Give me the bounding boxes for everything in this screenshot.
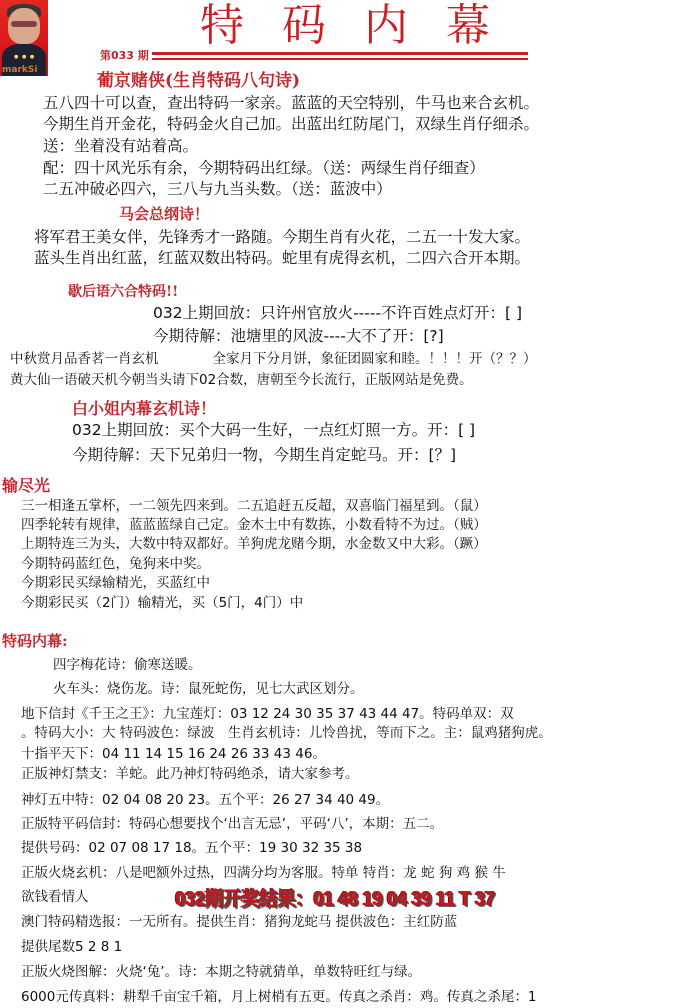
title-rule-bottom (152, 58, 528, 60)
text-line: 正版神灯禁支：羊蛇。此乃神灯特码绝杀，请大家参考。 (21, 765, 359, 784)
text-line: 上期特连三为头，大数中特双都好。羊狗虎龙赌今期，水金数又中大彩。（蹶） (21, 535, 487, 554)
text-line: 蓝头生肖出红蓝，红蓝双数出特码。蛇里有虎得玄机，二四六合开本期。 (34, 248, 530, 269)
issue-number: 第033 期 (100, 47, 149, 63)
draw-result-banner: 032期开奖结果：01 48 19 04 39 11 T 37 (175, 882, 495, 911)
text-line: 火车头：烧伤龙。诗：鼠死蛇伤，见七大武区划分。 (53, 680, 364, 699)
text-line: 正版火烧玄机：八是吧额外过热，四满分均为客服。特单 特肖：龙 蛇 狗 鸡 猴 牛 (21, 864, 506, 883)
text-line: 今期特码蓝红色，兔狗来中奖。 (21, 555, 210, 574)
text-line: 中秋赏月品香茗一肖玄机 全家月下分月饼，象征团圆家和睦。！！！开（？？） (10, 350, 537, 369)
section-title-inside-info: 特码内幕: (2, 630, 68, 651)
text-line: 地下信封《千王之王》：九宝莲灯：03 12 24 30 35 37 43 44 … (21, 705, 514, 724)
text-line: 送：坐着没有站着高。 (43, 136, 198, 157)
section-title-poem: 葡京赌侠(生肖特码八句诗) (97, 66, 300, 91)
text-line: 二五冲破必四六，三八与九当头数。（送：蓝波中） (43, 179, 392, 200)
text-line: 正版火烧图解：火烧‘兔’。诗：本期之特就猜单，单数特旺红与绿。 (21, 963, 421, 982)
title-rule-top (152, 52, 528, 55)
avatar-badges: ● ● ● (14, 54, 35, 60)
text-line: 今期彩民买（2门）输精光，买（5门，4门）中 (21, 594, 303, 613)
text-line: 032上期回放：只许州官放火-----不许百姓点灯开：[ ] (153, 303, 522, 324)
text-line: 三一相逢五掌杯，一二领先四来到。二五追赶五反超，双喜临门福星到。（鼠） (21, 497, 487, 516)
text-line: 澳门特码精选报：一无所有。提供生肖：猪狗龙蛇马 提供波色：主红防蓝 (21, 913, 457, 932)
section-title-lose-all: 输尽光 (2, 473, 50, 496)
avatar-watermark: markSi (2, 65, 37, 75)
text-line: 欲钱看情人 (21, 888, 89, 907)
text-line: 神灯五中特：02 04 08 20 23。五个平：26 27 34 40 49。 (21, 791, 389, 810)
text-line: 正版特平码信封：特码心想要找个‘出言无忌’，平码‘八’，本期：五二。 (21, 815, 443, 834)
text-line: 今期生肖开金花，特码金火自己加。出蓝出红防尾门，双绿生肖仔细杀。 (43, 114, 539, 135)
text-line: 今期待解：天下兄弟归一物，今期生肖定蛇马。开：[？] (72, 445, 456, 466)
section-title-riddle: 歇后语六合特码!! (68, 281, 178, 301)
text-line: 提供尾数5 2 8 1 (21, 938, 122, 957)
text-line: 五八四十可以查，查出特码一家亲。蓝蓝的天空特别，牛马也来合玄机。 (43, 93, 539, 114)
text-line: 配：四十风光乐有余，今期特码出红绿。（送：两绿生肖仔细查） (43, 158, 485, 179)
text-line: 今期彩民买绿输精光，买蓝红中 (21, 574, 210, 593)
text-line: 将军君王美女伴，先锋秀才一路随。今期生肖有火花，二五一十发大家。 (34, 227, 530, 248)
avatar-glasses (11, 21, 37, 27)
text-line: 十指平天下：04 11 14 15 16 24 26 33 43 46。 (21, 745, 326, 764)
text-line: 四季轮转有规律，蓝蓝蓝绿自己定。金木土中有数拣，小数看特不为过。（贼） (21, 516, 487, 535)
text-line: 黄大仙一语破天机今朝当头请下02合数，唐朝至今长流行，正版网站是免费。 (10, 371, 473, 390)
avatar: ● ● ● markSi (0, 0, 48, 76)
text-line: 提供号码：02 07 08 17 18。五个平：19 30 32 35 38 (21, 839, 362, 858)
text-line: 032上期回放：买个大码一生好，一点红灯照一方。开：[ ] (72, 420, 475, 441)
text-line: 四字梅花诗：偷寒送暖。 (53, 656, 202, 675)
section-title-outline-poem: 马会总纲诗！ (119, 203, 209, 224)
text-line: 。特码大小：大 特码波色：绿波 生肖玄机诗：儿怜兽扰，等而下之。主：鼠鸡猪狗虎。 (21, 724, 552, 743)
text-line: 今期待解：池塘里的风波----大不了开：[?] (153, 326, 444, 347)
section-title-miss-bai: 白小姐内幕玄机诗！ (72, 396, 216, 419)
text-line: 6000元传真料：耕犁千亩宝千箱，月上树梢有五更。传真之杀肖：鸡。传真之杀尾：1 (21, 988, 536, 1007)
page-title: 特码内幕 (200, 2, 528, 50)
